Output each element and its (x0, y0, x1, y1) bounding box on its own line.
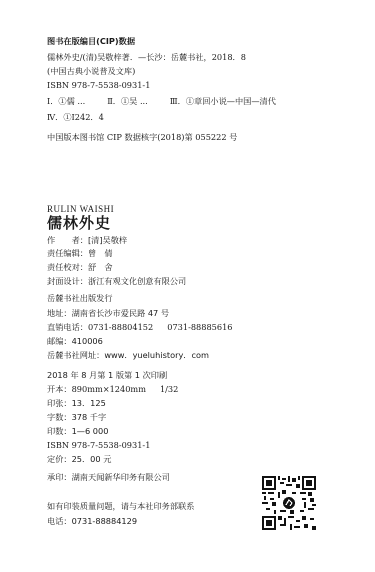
publisher-name: 岳麓书社出版发行 (47, 293, 113, 303)
pinyin-title: RULIN WAISHI (47, 204, 114, 214)
editor-label: 责任编辑： (47, 248, 88, 258)
cover-designer-line: 封面设计：浙江有观文化创意有限公司 (47, 276, 186, 286)
publisher-phones: 直销电话：0731-888041520731-88885616 (47, 322, 233, 332)
quality-notice: 如有印装质量问题，请与本社印务部联系 (47, 501, 194, 511)
sheets: 印张：13．125 (47, 398, 106, 408)
qr-code-icon (262, 476, 316, 530)
editor-line: 责任编辑：曾 倩 (47, 248, 113, 258)
author: [清]吴敬梓 (88, 235, 127, 245)
cip-number: 中国版本图书馆 CIP 数据核字(2018)第 055222 号 (47, 132, 237, 142)
proofreader-line: 责任校对：舒 舍 (47, 262, 113, 272)
quality-phone: 电话：0731-88884129 (47, 516, 137, 526)
cover-label: 封面设计： (47, 276, 88, 286)
cip-title-line: 儒林外史/(清)吴敬梓著．—长沙：岳麓书社，2018．8 (47, 52, 246, 62)
format-value: 890mm×1240mm (72, 384, 146, 394)
cip-classification-iv: Ⅳ．①I242．4 (47, 112, 104, 122)
print-run: 印数：1—6 000 (47, 426, 108, 436)
edition-info: 2018 年 8 月第 1 版第 1 次印刷 (47, 370, 167, 380)
publisher-address: 地址：湖南省长沙市爱民路 47 号 (47, 308, 169, 318)
classification-i: Ⅰ．①儒 ... (47, 96, 85, 106)
cover-designer: 浙江有观文化创意有限公司 (88, 276, 186, 286)
cip-series: (中国古典小说普及文库) (47, 66, 135, 76)
phone-label: 直销电话： (47, 322, 88, 332)
cip-header: 图书在版编目(CIP)数据 (47, 36, 135, 46)
author-label: 作 者： (47, 235, 88, 245)
format-line: 开本：890mm×1240mm1/32 (47, 384, 178, 394)
word-count: 字数：378 千字 (47, 412, 106, 422)
classification-iii: Ⅲ．①章回小说—中国—清代 (170, 96, 276, 106)
proofreader: 舒 舍 (88, 262, 113, 272)
phone-2: 0731-88885616 (167, 322, 232, 332)
format-label: 开本： (47, 384, 72, 394)
phone-1: 0731-88804152 (88, 322, 153, 332)
classification-ii: Ⅱ．①吴 ... (107, 96, 148, 106)
proofreader-label: 责任校对： (47, 262, 88, 272)
publisher-website: 岳麓书社网址：www．yueluhistory．com (47, 350, 209, 360)
editor: 曾 倩 (88, 248, 113, 258)
author-line: 作 者：[清]吴敬梓 (47, 235, 127, 245)
printer: 承印：湖南天闻新华印务有限公司 (47, 472, 170, 482)
cip-classification: Ⅰ．①儒 ...Ⅱ．①吴 ...Ⅲ．①章回小说—中国—清代 (47, 96, 276, 106)
price: 定价：25．00 元 (47, 454, 111, 464)
specs-isbn: ISBN 978-7-5538-0931-1 (47, 440, 150, 450)
cip-isbn: ISBN 978-7-5538-0931-1 (47, 80, 150, 90)
format-fraction: 1/32 (160, 384, 178, 394)
publisher-postcode: 邮编：410006 (47, 336, 103, 346)
book-title: 儒林外史 (47, 215, 111, 232)
